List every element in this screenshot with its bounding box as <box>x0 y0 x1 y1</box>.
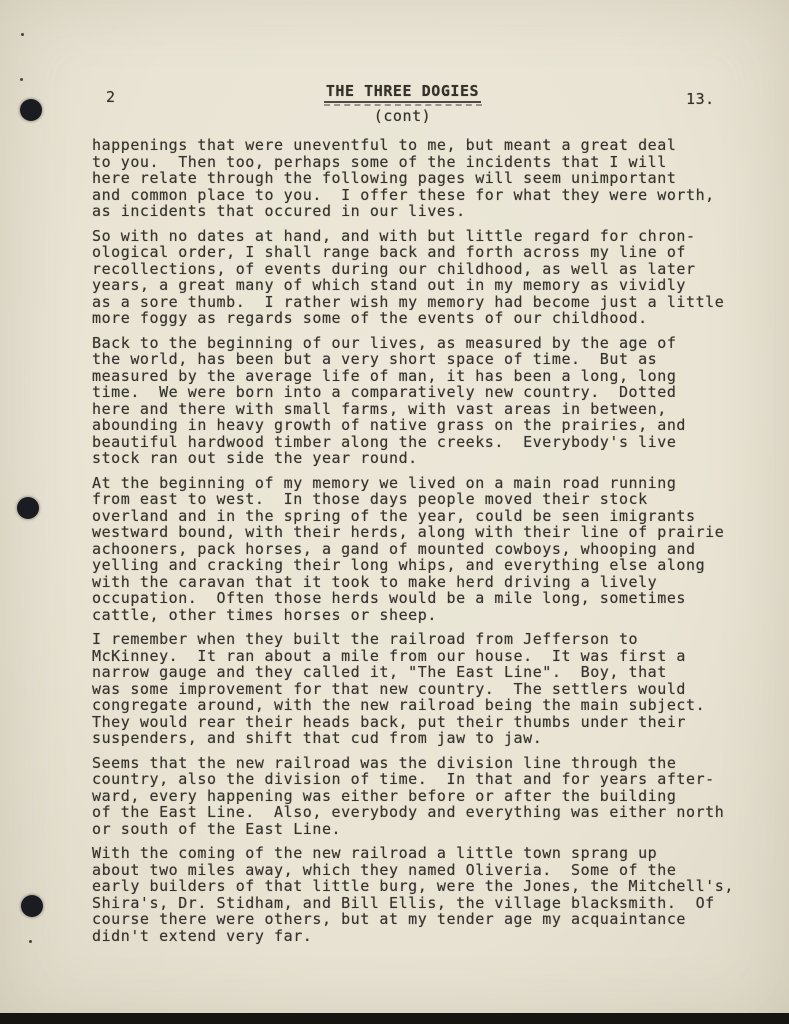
page-number-right: 13. <box>686 90 715 108</box>
paper-speck <box>29 940 32 943</box>
page-subtitle: (cont) <box>374 107 432 125</box>
page-title: THE THREE DOGIES <box>324 82 481 103</box>
paragraph: happenings that were uneventful to me, b… <box>92 137 772 220</box>
paragraph: Back to the beginning of our lives, as m… <box>92 335 772 467</box>
paper-speck <box>20 78 23 81</box>
paper-speck <box>21 33 24 36</box>
paragraph: With the coming of the new railroad a li… <box>92 845 772 944</box>
paragraph: I remember when they built the railroad … <box>92 631 772 747</box>
scan-edge-bar <box>0 1013 789 1024</box>
punch-hole-icon <box>21 895 43 917</box>
paragraph: Seems that the new railroad was the divi… <box>92 755 772 838</box>
title-underline <box>324 104 482 106</box>
document-body: happenings that were uneventful to me, b… <box>92 137 772 952</box>
paragraph: At the beginning of my memory we lived o… <box>92 475 772 624</box>
paragraph: So with no dates at hand, and with but l… <box>92 228 772 327</box>
title-block: THE THREE DOGIES (cont) <box>8 82 789 125</box>
document-page: 2 THE THREE DOGIES (cont) 13. happenings… <box>0 0 789 1024</box>
punch-hole-icon <box>17 497 39 519</box>
